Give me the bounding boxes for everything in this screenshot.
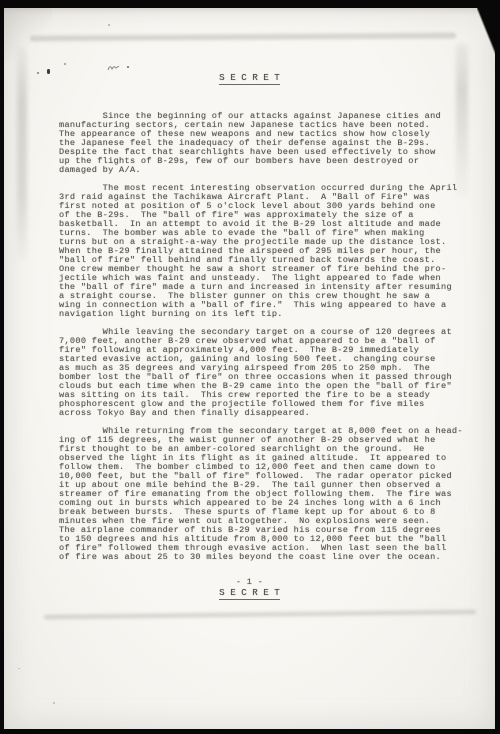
ink-speck [108,24,110,26]
paper-crease-bottom [44,608,476,620]
page-number: - 1 - [4,577,495,587]
paragraph-intro: Since the beginning of our attacks again… [59,112,459,175]
scan-background: { "page": { "classification_header": "S … [0,0,500,734]
ink-speck [53,702,55,704]
paragraph-secondary-target-leaving: While leaving the secondary target on a … [59,328,459,418]
document-page: S E C R E T Since the beginning of our a… [4,8,495,729]
classification-header-text: S E C R E T [219,72,280,85]
classification-header: S E C R E T [4,72,495,83]
paragraph-secondary-target-returning: While returning from the secondary targe… [59,427,459,562]
ink-speck [127,66,129,68]
document-text: Since the beginning of our attacks again… [59,112,459,571]
ink-speck [18,668,20,669]
classification-footer-text: S E C R E T [219,587,280,600]
paper-crease-top [30,32,456,43]
scan-edge-wedge [477,8,496,55]
ink-speck [64,63,66,65]
classification-footer: S E C R E T [4,587,495,598]
paragraph-tachikawa-raid: The most recent interesting observation … [59,184,459,319]
